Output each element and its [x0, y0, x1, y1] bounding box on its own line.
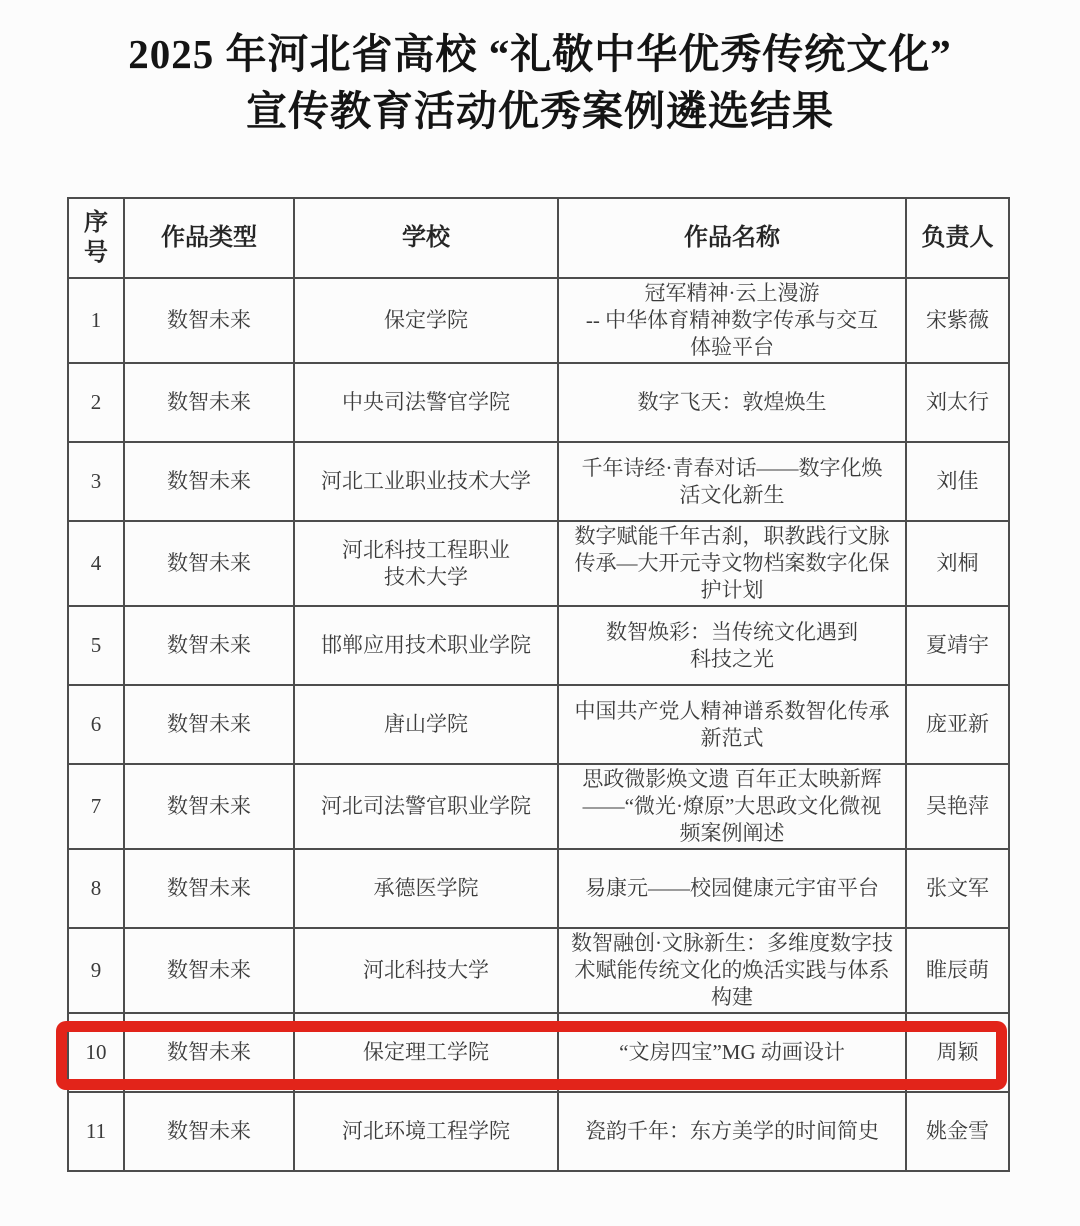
page-title: 2025 年河北省高校 “礼敬中华优秀传统文化” 宣传教育活动优秀案例遴选结果 [0, 26, 1080, 140]
cell-school: 保定理工学院 [294, 1013, 558, 1092]
cell-work: 瓷韵千年：东方美学的时间简史 [558, 1092, 906, 1171]
cell-leader: 姚金雪 [906, 1092, 1009, 1171]
cell-category: 数智未来 [124, 685, 294, 764]
cell-category: 数智未来 [124, 764, 294, 849]
cell-category: 数智未来 [124, 442, 294, 521]
cell-work: 冠军精神·云上漫游 -- 中华体育精神数字传承与交互 体验平台 [558, 278, 906, 363]
cell-leader: 庞亚新 [906, 685, 1009, 764]
cell-category: 数智未来 [124, 1092, 294, 1171]
cell-leader: 睢辰萌 [906, 928, 1009, 1013]
cell-work: 数字赋能千年古刹，职教践行文脉 传承—大开元寺文物档案数字化保 护计划 [558, 521, 906, 606]
cell-category: 数智未来 [124, 1013, 294, 1092]
cell-leader: 吴艳萍 [906, 764, 1009, 849]
cell-work: “文房四宝”MG 动画设计 [558, 1013, 906, 1092]
cell-work: 数字飞天：敦煌焕生 [558, 363, 906, 442]
header-leader: 负责人 [906, 198, 1009, 278]
cell-leader: 夏靖宇 [906, 606, 1009, 685]
cell-index: 3 [68, 442, 124, 521]
cell-school: 邯郸应用技术职业学院 [294, 606, 558, 685]
cell-category: 数智未来 [124, 849, 294, 928]
cell-work: 思政微影焕文遗 百年正太映新辉 ——“微光·燎原”大思政文化微视 频案例阐述 [558, 764, 906, 849]
page-title-line2: 宣传教育活动优秀案例遴选结果 [0, 83, 1080, 140]
cell-school: 河北科技工程职业 技术大学 [294, 521, 558, 606]
page-title-line1: 2025 年河北省高校 “礼敬中华优秀传统文化” [0, 26, 1080, 83]
cell-school: 河北环境工程学院 [294, 1092, 558, 1171]
table-row: 5 数智未来 邯郸应用技术职业学院 数智焕彩：当传统文化遇到 科技之光 夏靖宇 [68, 606, 1009, 685]
cell-leader: 刘佳 [906, 442, 1009, 521]
header-category: 作品类型 [124, 198, 294, 278]
table-row: 7 数智未来 河北司法警官职业学院 思政微影焕文遗 百年正太映新辉 ——“微光·… [68, 764, 1009, 849]
results-table-body: 1 数智未来 保定学院 冠军精神·云上漫游 -- 中华体育精神数字传承与交互 体… [68, 278, 1009, 1171]
table-row: 1 数智未来 保定学院 冠军精神·云上漫游 -- 中华体育精神数字传承与交互 体… [68, 278, 1009, 363]
cell-school: 承德医学院 [294, 849, 558, 928]
cell-index: 1 [68, 278, 124, 363]
header-index: 序 号 [68, 198, 124, 278]
cell-category: 数智未来 [124, 606, 294, 685]
table-row: 8 数智未来 承德医学院 易康元——校园健康元宇宙平台 张文军 [68, 849, 1009, 928]
results-table: 序 号 作品类型 学校 作品名称 负责人 1 数智未来 保定学院 冠军精神·云上… [67, 197, 1010, 1172]
cell-work: 千年诗经·青春对话——数字化焕 活文化新生 [558, 442, 906, 521]
cell-work: 数智融创·文脉新生：多维度数字技 术赋能传统文化的焕活实践与体系 构建 [558, 928, 906, 1013]
cell-work: 数智焕彩：当传统文化遇到 科技之光 [558, 606, 906, 685]
table-row: 4 数智未来 河北科技工程职业 技术大学 数字赋能千年古刹，职教践行文脉 传承—… [68, 521, 1009, 606]
cell-category: 数智未来 [124, 278, 294, 363]
cell-leader: 周颖 [906, 1013, 1009, 1092]
table-row: 11 数智未来 河北环境工程学院 瓷韵千年：东方美学的时间简史 姚金雪 [68, 1092, 1009, 1171]
table-row: 9 数智未来 河北科技大学 数智融创·文脉新生：多维度数字技 术赋能传统文化的焕… [68, 928, 1009, 1013]
document-page: 2025 年河北省高校 “礼敬中华优秀传统文化” 宣传教育活动优秀案例遴选结果 … [0, 0, 1080, 1226]
header-work: 作品名称 [558, 198, 906, 278]
cell-category: 数智未来 [124, 928, 294, 1013]
cell-work: 中国共产党人精神谱系数智化传承 新范式 [558, 685, 906, 764]
cell-school: 唐山学院 [294, 685, 558, 764]
cell-leader: 宋紫薇 [906, 278, 1009, 363]
cell-school: 河北科技大学 [294, 928, 558, 1013]
table-row: 2 数智未来 中央司法警官学院 数字飞天：敦煌焕生 刘太行 [68, 363, 1009, 442]
cell-index: 6 [68, 685, 124, 764]
cell-index: 8 [68, 849, 124, 928]
cell-category: 数智未来 [124, 363, 294, 442]
cell-index: 4 [68, 521, 124, 606]
cell-leader: 刘太行 [906, 363, 1009, 442]
cell-work: 易康元——校园健康元宇宙平台 [558, 849, 906, 928]
table-header-row: 序 号 作品类型 学校 作品名称 负责人 [68, 198, 1009, 278]
cell-school: 河北工业职业技术大学 [294, 442, 558, 521]
cell-index: 7 [68, 764, 124, 849]
cell-school: 中央司法警官学院 [294, 363, 558, 442]
header-school: 学校 [294, 198, 558, 278]
table-row: 10 数智未来 保定理工学院 “文房四宝”MG 动画设计 周颖 [68, 1013, 1009, 1092]
cell-index: 2 [68, 363, 124, 442]
cell-leader: 张文军 [906, 849, 1009, 928]
cell-category: 数智未来 [124, 521, 294, 606]
cell-leader: 刘桐 [906, 521, 1009, 606]
cell-index: 9 [68, 928, 124, 1013]
table-row: 6 数智未来 唐山学院 中国共产党人精神谱系数智化传承 新范式 庞亚新 [68, 685, 1009, 764]
cell-index: 10 [68, 1013, 124, 1092]
cell-school: 保定学院 [294, 278, 558, 363]
cell-school: 河北司法警官职业学院 [294, 764, 558, 849]
cell-index: 11 [68, 1092, 124, 1171]
table-row: 3 数智未来 河北工业职业技术大学 千年诗经·青春对话——数字化焕 活文化新生 … [68, 442, 1009, 521]
cell-index: 5 [68, 606, 124, 685]
